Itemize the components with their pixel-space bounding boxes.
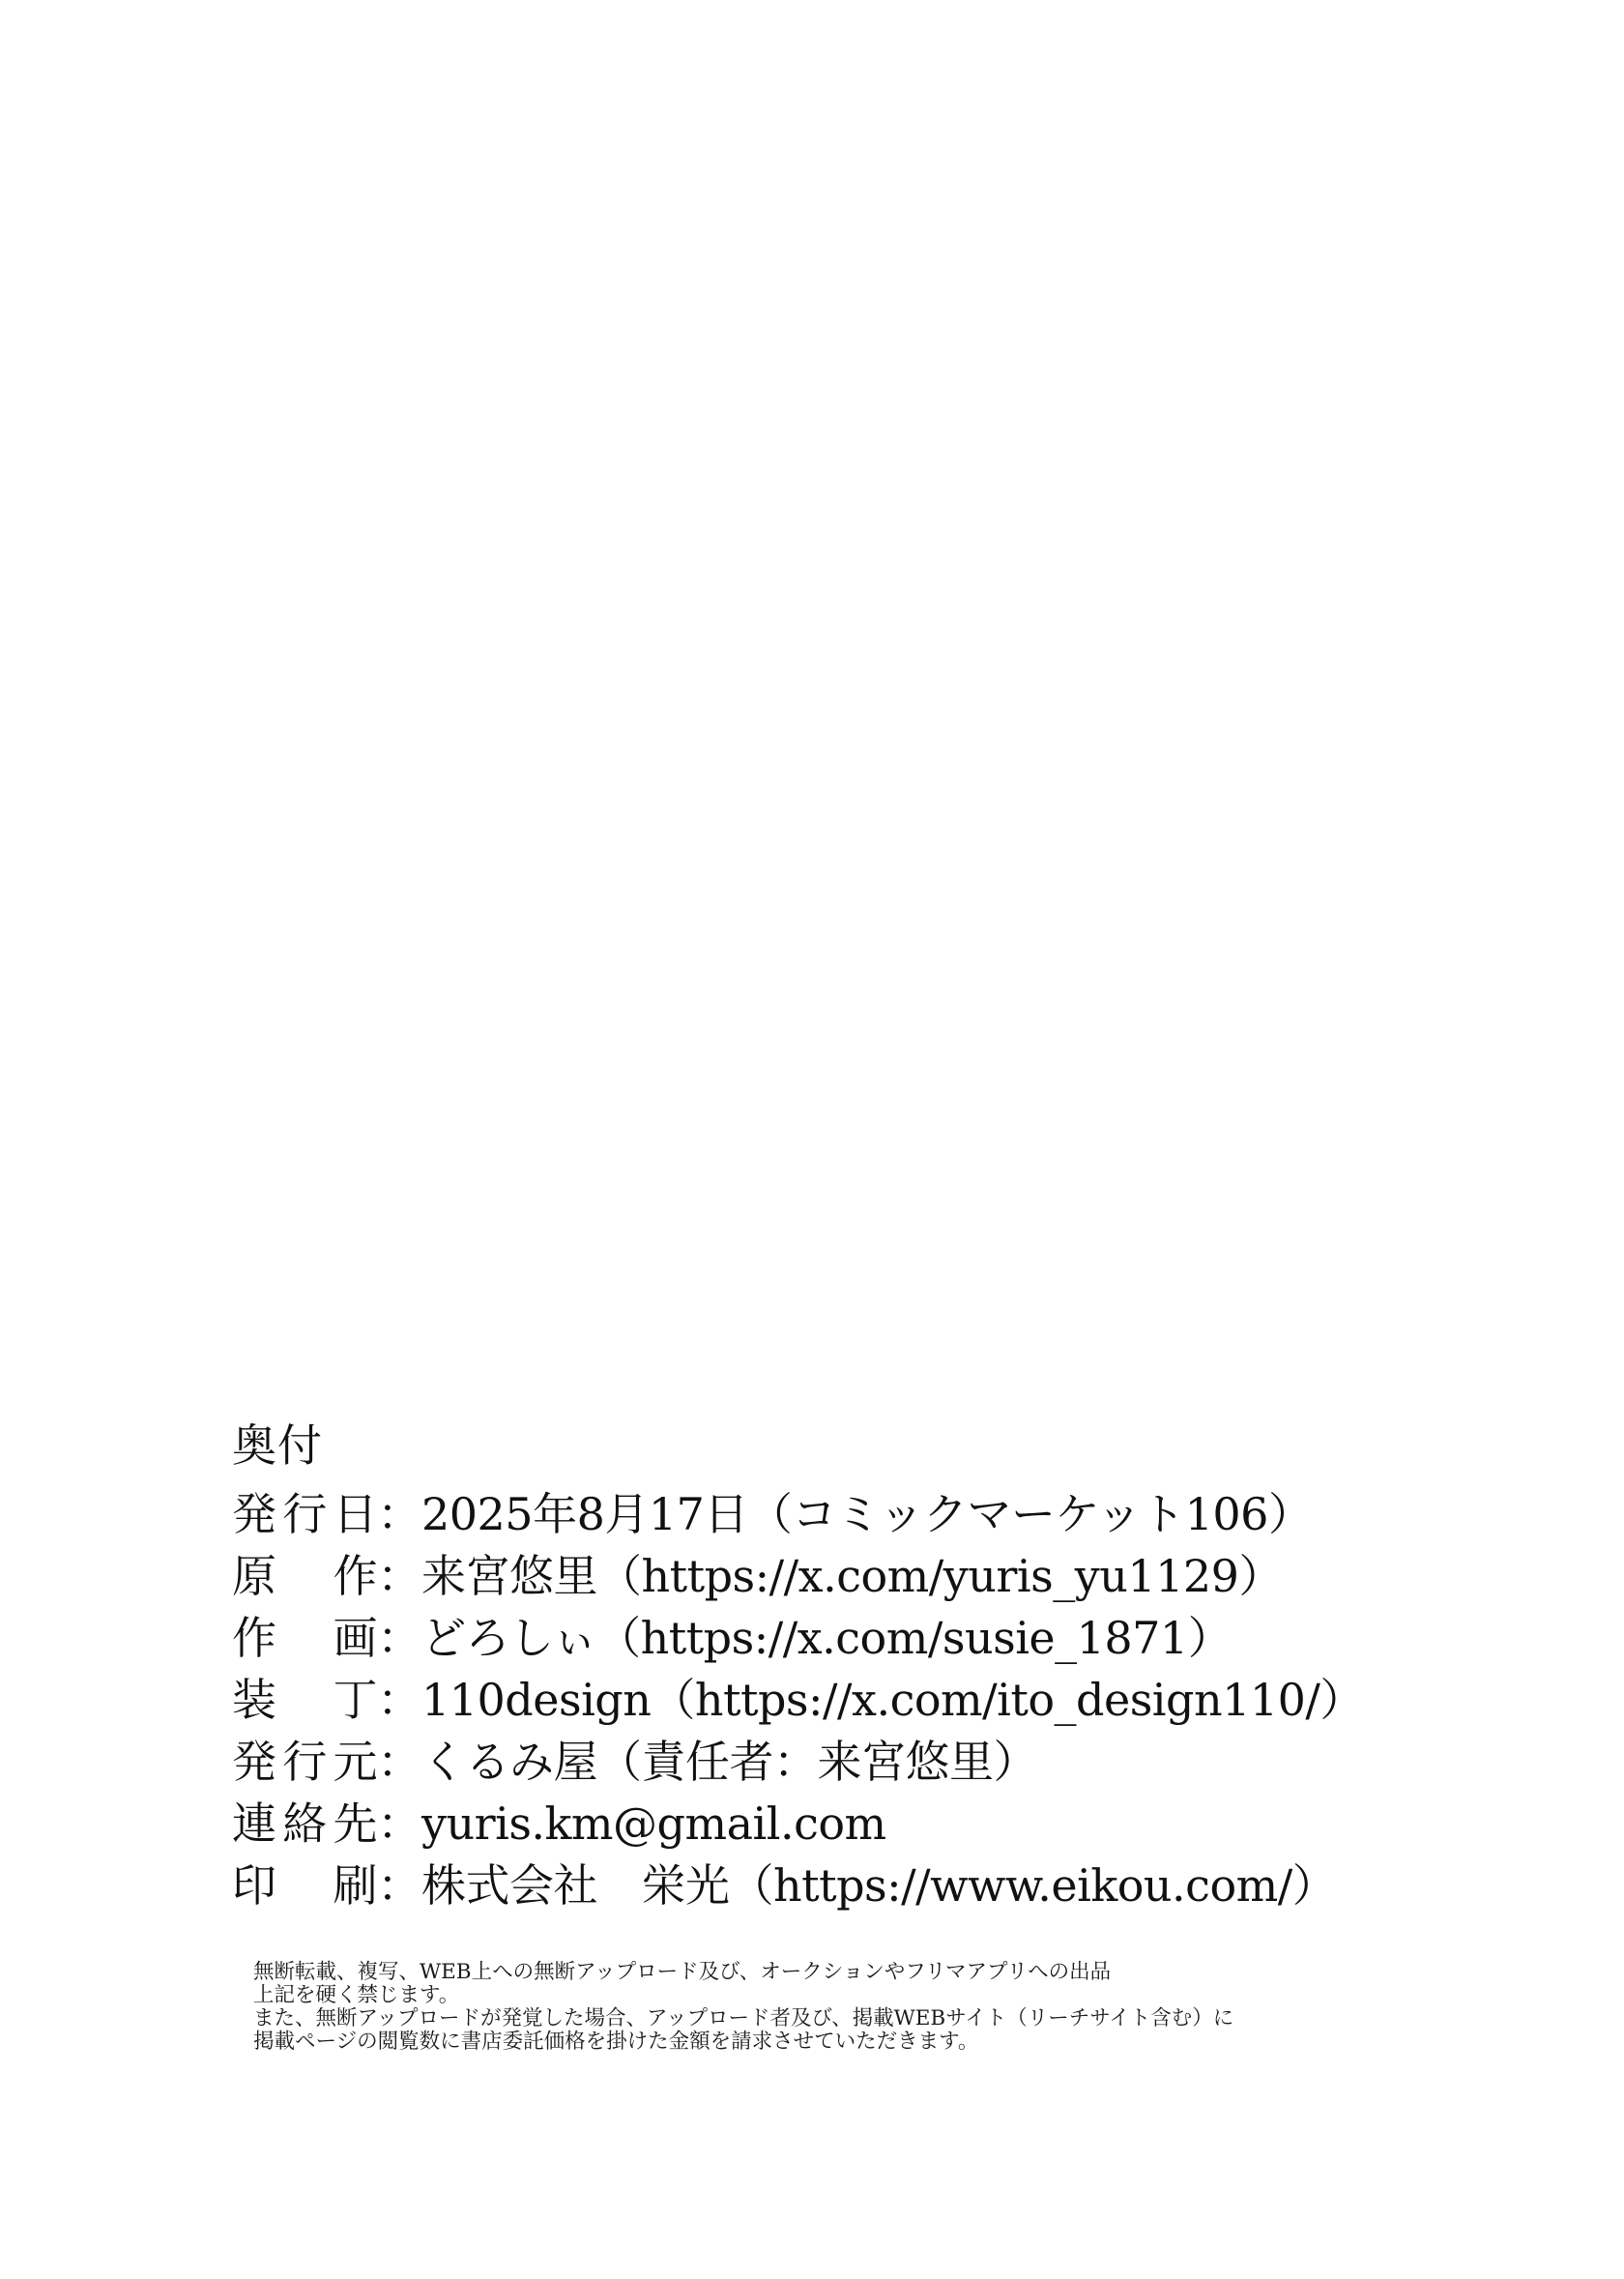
row-value-original-author: 来宮悠里（https://x.com/yuris_yu1129） — [421, 1545, 1283, 1607]
notice-line: 無断転載、複写、WEB上への無断アップロード及び、オークションやフリマアプリへの… — [253, 1961, 1413, 1984]
colophon: 奥付 発 行 日 ： 2025年8月17日（コミックマーケット106） 原 作 … — [232, 1421, 1489, 1916]
row-separator: ： — [377, 1731, 421, 1793]
row-label: 発 行 元 — [232, 1731, 377, 1793]
notice-line: また、無断アップロードが発覚した場合、アップロード者及び、掲載WEBサイト（リー… — [253, 2007, 1413, 2031]
row-separator: ： — [377, 1793, 421, 1855]
row-value-publish-date: 2025年8月17日（コミックマーケット106） — [421, 1483, 1312, 1545]
row-label: 原 作 — [232, 1545, 377, 1607]
colophon-row-printer: 印 刷 ： 株式会社 栄光（https://www.eikou.com/） — [232, 1855, 1489, 1916]
row-value-cover-design: 110design（https://x.com/ito_design110/） — [421, 1669, 1364, 1731]
row-label: 連 絡 先 — [232, 1793, 377, 1855]
colophon-title: 奥付 — [232, 1421, 1489, 1470]
colophon-row-cover-design: 装 丁 ： 110design（https://x.com/ito_design… — [232, 1669, 1489, 1731]
row-label: 印 刷 — [232, 1855, 377, 1916]
row-separator: ： — [377, 1855, 421, 1916]
row-value-artist: どろしぃ（https://x.com/susie_1871） — [421, 1607, 1232, 1669]
copyright-notice: 無断転載、複写、WEB上への無断アップロード及び、オークションやフリマアプリへの… — [253, 1961, 1413, 2054]
row-label: 装 丁 — [232, 1669, 377, 1731]
colophon-row-original-author: 原 作 ： 来宮悠里（https://x.com/yuris_yu1129） — [232, 1545, 1489, 1607]
notice-line: 掲載ページの閲覧数に書店委託価格を掛けた金額を請求させていただきます。 — [253, 2031, 1413, 2054]
row-value-printer: 株式会社 栄光（https://www.eikou.com/） — [421, 1855, 1336, 1916]
colophon-row-publish-date: 発 行 日 ： 2025年8月17日（コミックマーケット106） — [232, 1483, 1489, 1545]
colophon-row-contact: 連 絡 先 ： yuris.km@gmail.com — [232, 1793, 1489, 1855]
row-separator: ： — [377, 1607, 421, 1669]
row-label: 発 行 日 — [232, 1483, 377, 1545]
row-separator: ： — [377, 1669, 421, 1731]
row-label: 作 画 — [232, 1607, 377, 1669]
notice-line: 上記を硬く禁じます。 — [253, 1984, 1413, 2007]
colophon-row-publisher: 発 行 元 ： くるみ屋（責任者：来宮悠里） — [232, 1731, 1489, 1793]
row-separator: ： — [377, 1483, 421, 1545]
colophon-row-artist: 作 画 ： どろしぃ（https://x.com/susie_1871） — [232, 1607, 1489, 1669]
row-value-publisher: くるみ屋（責任者：来宮悠里） — [421, 1731, 1037, 1793]
row-separator: ： — [377, 1545, 421, 1607]
row-value-contact-email: yuris.km@gmail.com — [421, 1793, 886, 1855]
